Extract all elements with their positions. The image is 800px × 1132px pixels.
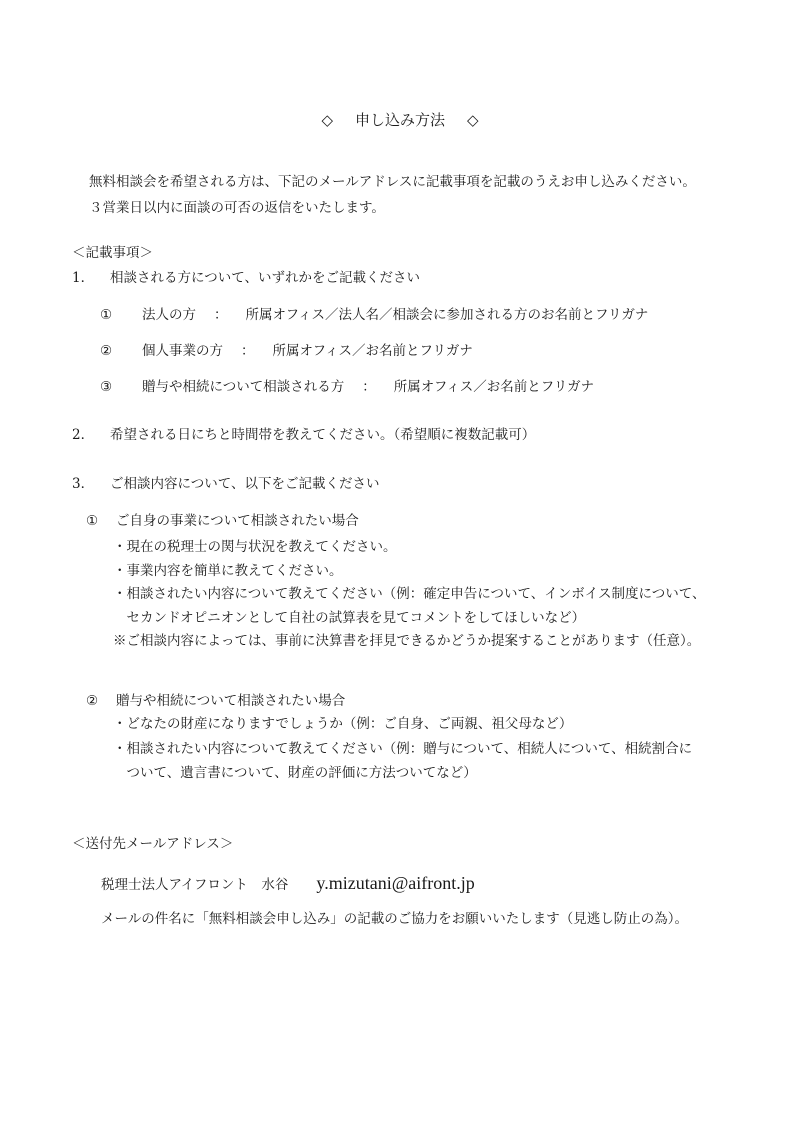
option-colon: ： [241,343,255,359]
recipient-name: 税理士法人アイフロント 水谷 [101,877,288,893]
intro-line-2: ３営業日以内に面談の可否の返信をいたします。 [89,198,385,218]
option-label: 個人事業の方 [142,343,223,359]
case-2-title: ②贈与や相続について相談されたい場合 [86,691,345,711]
circled-number: ② [100,341,142,361]
page-title: ◇申し込み方法◇ [0,110,800,130]
item-number: 2． [72,425,110,445]
item-text: 希望される日にちと時間帯を教えてください。（希望順に複数記載可） [110,427,535,443]
case-title: ご自身の事業について相談されたい場合 [116,513,359,529]
email-address-link[interactable]: y.mizutani@aifront.jp [316,873,474,893]
case-1-bullet: ・現在の税理士の関与状況を教えてください。 [113,537,397,557]
case-2-bullet: ついて、遺言書について、財産の評価に方法ついてなど） [113,763,477,783]
entries-heading: ＜記載事項＞ [72,243,153,263]
case-1-bullet: ・相談されたい内容について教えてください（例：確定申告について、インボイス制度に… [113,584,706,604]
option-value: 所属オフィス／お名前とフリガナ [394,379,594,395]
intro-line-1: 無料相談会を希望される方は、下記のメールアドレスに記載事項を記載のうえお申し込み… [89,172,696,192]
mail-heading: ＜送付先メールアドレス＞ [72,834,233,854]
case-1-title: ①ご自身の事業について相談されたい場合 [86,511,359,531]
case-title: 贈与や相続について相談されたい場合 [116,693,345,709]
option-label: 法人の方 [142,307,196,323]
item-3: 3．ご相談内容について、以下をご記載ください [72,474,379,494]
case-1-bullet: セカンドオピニオンとして自社の試算表を見てコメントをしてほしいなど） [113,608,585,628]
case-2-bullet: ・相談されたい内容について教えてください（例：贈与について、相続人について、相続… [113,739,692,759]
circled-number: ② [86,691,116,711]
mail-subject-note: メールの件名に「無料相談会申し込み」の記載のご協力をお願いいたします（見逃し防止… [101,909,688,929]
option-label: 贈与や相続について相談される方 [142,379,344,395]
item-1: 1．相談される方について、いずれかをご記載ください [72,268,420,288]
circled-number: ① [100,305,142,325]
circled-number: ③ [100,377,142,397]
page-title-text: 申し込み方法 [355,111,445,129]
item-2: 2．希望される日にちと時間帯を教えてください。（希望順に複数記載可） [72,425,535,445]
case-1-note: ※ご相談内容によっては、事前に決算書を拝見できるかどうか提案することがあります（… [113,631,700,651]
diamond-icon: ◇ [467,111,479,129]
option-colon: ： [362,379,376,395]
option-value: 所属オフィス／お名前とフリガナ [273,343,473,359]
item-number: 1． [72,268,110,288]
item-text: ご相談内容について、以下をご記載ください [110,476,379,492]
option-2: ②個人事業の方：所属オフィス／お名前とフリガナ [100,341,473,361]
diamond-icon: ◇ [321,111,333,129]
option-value: 所属オフィス／法人名／相談会に参加される方のお名前とフリガナ [246,307,649,323]
item-text: 相談される方について、いずれかをご記載ください [110,270,420,286]
case-2-bullet: ・どなたの財産になりますでしょうか（例：ご自身、ご両親、祖父母など） [113,714,572,734]
item-number: 3． [72,474,110,494]
option-1: ①法人の方：所属オフィス／法人名／相談会に参加される方のお名前とフリガナ [100,305,648,325]
case-1-bullet: ・事業内容を簡単に教えてください。 [113,561,343,581]
option-3: ③贈与や相続について相談される方：所属オフィス／お名前とフリガナ [100,377,594,397]
circled-number: ① [86,511,116,531]
option-colon: ： [214,307,228,323]
mail-recipient-row: 税理士法人アイフロント 水谷y.mizutani@aifront.jp [101,873,475,895]
